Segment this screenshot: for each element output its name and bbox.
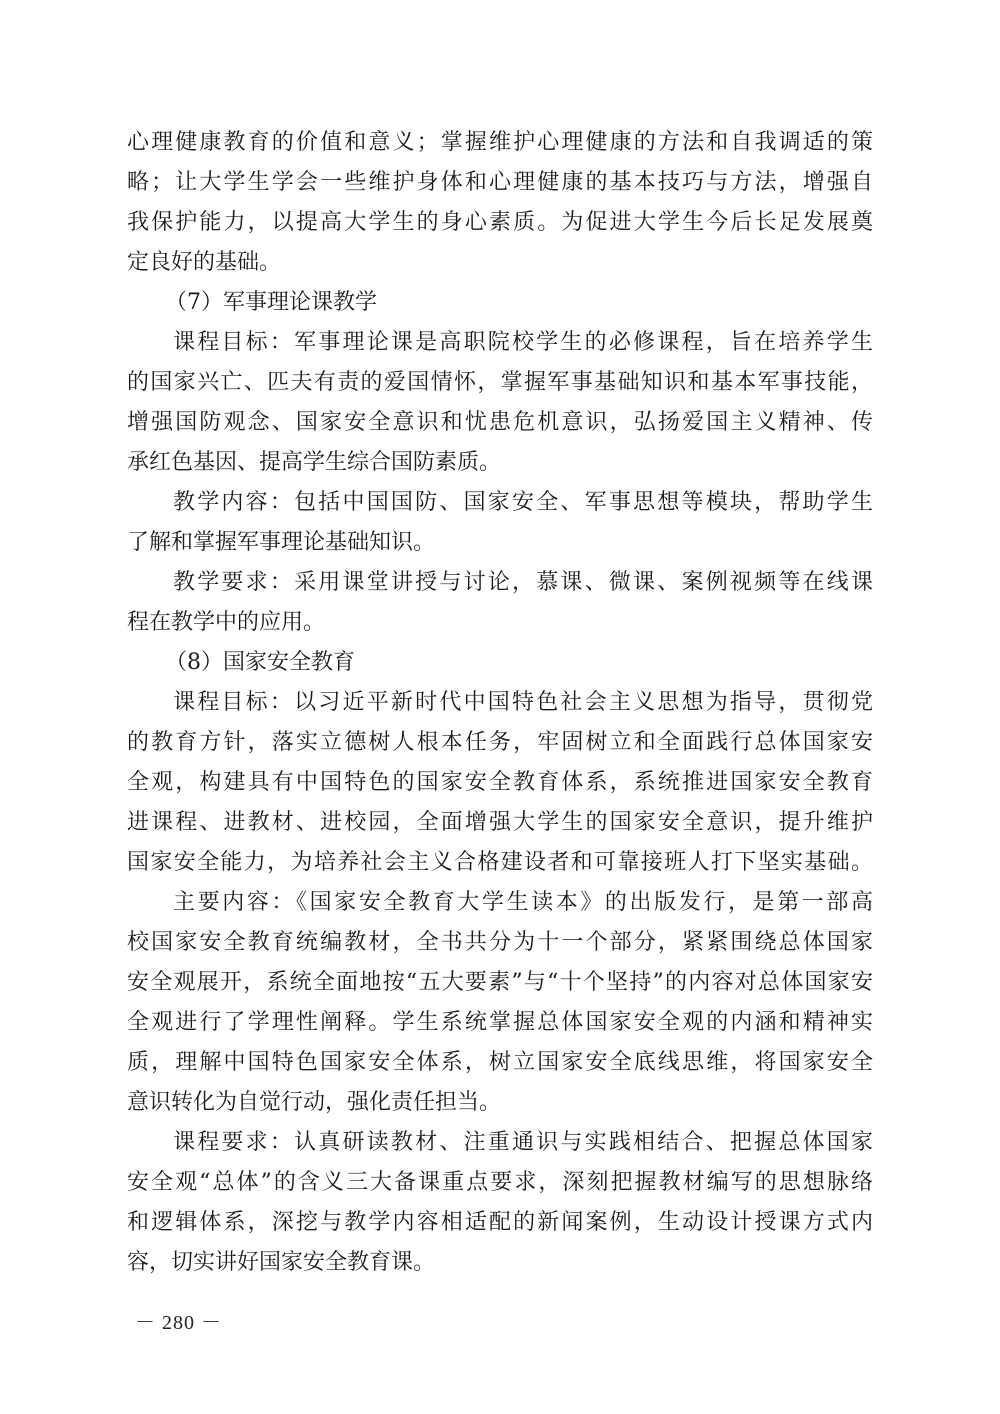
text-line: 课程要求：认真研读教材、注重通识与实践相结合、把握总体国家 <box>127 1123 873 1163</box>
text-line: 增强国防观念、国家安全意识和忧患危机意识，弘扬爱国主义精神、传 <box>127 403 873 443</box>
text-line: 容，切实讲好国家安全教育课。 <box>127 1243 873 1283</box>
text-line: 程在教学中的应用。 <box>127 603 873 643</box>
text-line: 略；让大学生学会一些维护身体和心理健康的基本技巧与方法，增强自 <box>127 163 873 203</box>
text-line: 的国家兴亡、匹夫有责的爱国情怀，掌握军事基础知识和基本军事技能， <box>127 363 873 403</box>
text-line: 全观进行了学理性阐释。学生系统掌握总体国家安全观的内涵和精神实 <box>127 1003 873 1043</box>
text-line: 承红色基因、提高学生综合国防素质。 <box>127 443 873 483</box>
text-line: 我保护能力，以提高大学生的身心素质。为促进大学生今后长足发展奠 <box>127 203 873 243</box>
text-line: 安全观“总体”的含义三大备课重点要求，深刻把握教材编写的思想脉络 <box>127 1163 873 1203</box>
text-line: 校国家安全教育统编教材，全书共分为十一个部分，紧紧围绕总体国家 <box>127 923 873 963</box>
text-line: 的教育方针，落实立德树人根本任务，牢固树立和全面践行总体国家安 <box>127 723 873 763</box>
text-line: 主要内容：《国家安全教育大学生读本》的出版发行，是第一部高 <box>127 883 873 923</box>
text-line: 国家安全能力，为培养社会主义合格建设者和可靠接班人打下坚实基础。 <box>127 843 873 883</box>
text-line: 和逻辑体系，深挖与教学内容相适配的新闻案例，生动设计授课方式内 <box>127 1203 873 1243</box>
section-heading-military-theory: （7）军事理论课教学 <box>127 283 873 323</box>
text-line: 课程目标：以习近平新时代中国特色社会主义思想为指导，贯彻党 <box>127 683 873 723</box>
text-line: 全观，构建具有中国特色的国家安全教育体系，系统推进国家安全教育 <box>127 763 873 803</box>
text-line: 安全观展开，系统全面地按“五大要素”与“十个坚持”的内容对总体国家安 <box>127 963 873 1003</box>
page-number: － 280 － <box>135 1306 222 1335</box>
text-line: 进课程、进教材、进校园，全面增强大学生的国家安全意识，提升维护 <box>127 803 873 843</box>
text-line: 意识转化为自觉行动，强化责任担当。 <box>127 1083 873 1123</box>
text-line: 了解和掌握军事理论基础知识。 <box>127 523 873 563</box>
section-heading-national-security: （8）国家安全教育 <box>127 643 873 683</box>
document-body: 心理健康教育的价值和意义；掌握维护心理健康的方法和自我调适的策 略；让大学生学会… <box>127 123 873 1283</box>
text-line: 课程目标：军事理论课是高职院校学生的必修课程，旨在培养学生 <box>127 323 873 363</box>
text-line: 教学要求：采用课堂讲授与讨论，慕课、微课、案例视频等在线课 <box>127 563 873 603</box>
text-line: 定良好的基础。 <box>127 243 873 283</box>
text-line: 质，理解中国特色国家安全体系，树立国家安全底线思维，将国家安全 <box>127 1043 873 1083</box>
text-line: 心理健康教育的价值和意义；掌握维护心理健康的方法和自我调适的策 <box>127 123 873 163</box>
text-line: 教学内容：包括中国国防、国家安全、军事思想等模块，帮助学生 <box>127 483 873 523</box>
